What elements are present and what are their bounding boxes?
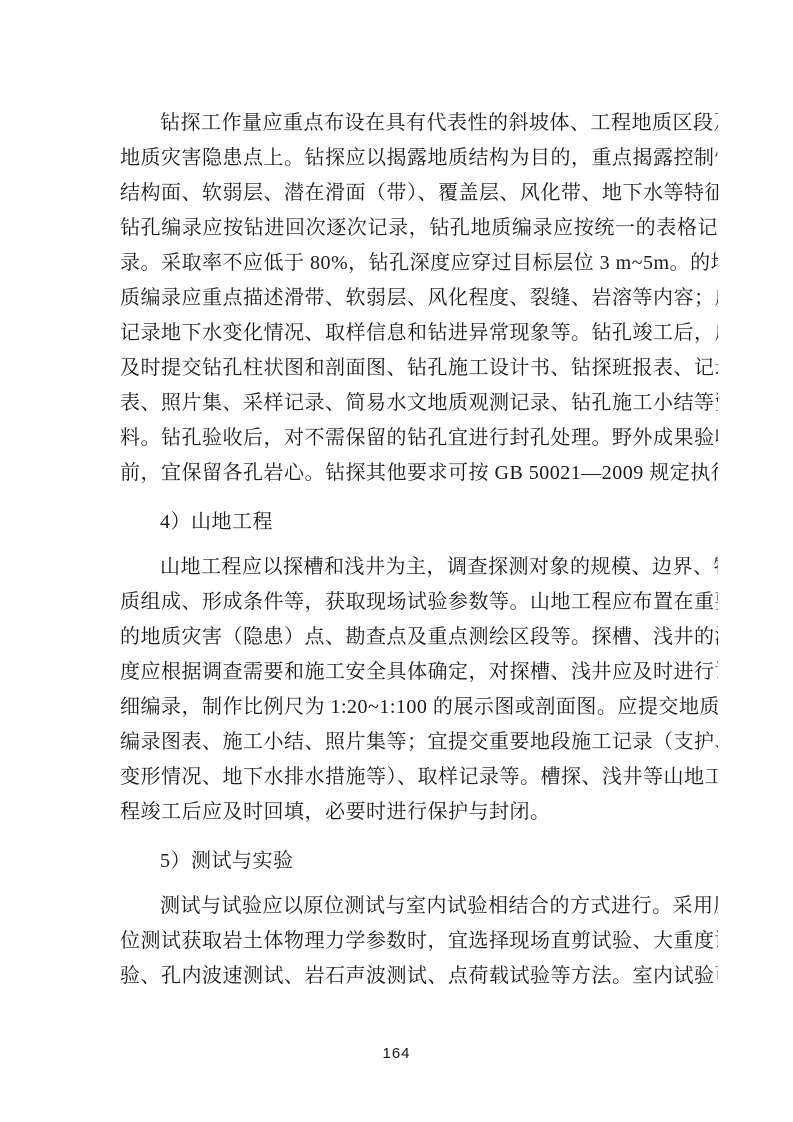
- text-line: 钻探工作量应重点布设在具有代表性的斜坡体、工程地质区段及: [120, 106, 718, 141]
- text-line: 钻孔编录应按钻进回次逐次记录，钻孔地质编录应按统一的表格记: [120, 211, 718, 246]
- text-line: 结构面、软弱层、潜在滑面（带）、覆盖层、风化带、地下水等特征。: [120, 176, 718, 211]
- text-line: 质组成、形成条件等，获取现场试验参数等。山地工程应布置在重要: [120, 585, 718, 620]
- page-number: 164: [0, 1045, 793, 1062]
- text-line: 质编录应重点描述滑带、软弱层、风化程度、裂缝、岩溶等内容；应: [120, 281, 718, 316]
- section-heading: 5）测试与实验: [120, 844, 718, 879]
- text-line: 录。采取率不应低于 80%，钻孔深度应穿过目标层位 3 m~5m。的地: [120, 246, 718, 281]
- paragraph: 山地工程应以探槽和浅井为主，调查探测对象的规模、边界、物质组成、形成条件等，获取…: [120, 550, 718, 830]
- text-line: 细编录，制作比例尺为 1:20~1:100 的展示图或剖面图。应提交地质: [120, 690, 718, 725]
- text-line: 的地质灾害（隐患）点、勘查点及重点测绘区段等。探槽、浅井的深: [120, 620, 718, 655]
- text-line: 变形情况、地下水排水措施等）、取样记录等。槽探、浅井等山地工: [120, 760, 718, 795]
- text-line: 及时提交钻孔柱状图和剖面图、钻孔施工设计书、钻探班报表、记录: [120, 351, 718, 386]
- text-line: 度应根据调查需要和施工安全具体确定，对探槽、浅井应及时进行详: [120, 655, 718, 690]
- text-line: 测试与试验应以原位测试与室内试验相结合的方式进行。采用原: [120, 889, 718, 924]
- text-line: 记录地下水变化情况、取样信息和钻进异常现象等。钻孔竣工后，应: [120, 316, 718, 351]
- text-line: 地质灾害隐患点上。钻探应以揭露地质结构为目的，重点揭露控制性: [120, 141, 718, 176]
- text-line: 验、孔内波速测试、岩石声波测试、点荷载试验等方法。室内试验可: [120, 959, 718, 994]
- paragraph: 测试与试验应以原位测试与室内试验相结合的方式进行。采用原位测试获取岩土体物理力学…: [120, 889, 718, 994]
- section-heading: 4）山地工程: [120, 505, 718, 540]
- paragraph: 钻探工作量应重点布设在具有代表性的斜坡体、工程地质区段及地质灾害隐患点上。钻探应…: [120, 106, 718, 491]
- document-body: 钻探工作量应重点布设在具有代表性的斜坡体、工程地质区段及地质灾害隐患点上。钻探应…: [120, 106, 718, 994]
- text-line: 编录图表、施工小结、照片集等；宜提交重要地段施工记录（支护、: [120, 725, 718, 760]
- text-line: 表、照片集、采样记录、简易水文地质观测记录、钻孔施工小结等资: [120, 386, 718, 421]
- text-line: 料。钻孔验收后，对不需保留的钻孔宜进行封孔处理。野外成果验收: [120, 421, 718, 456]
- text-line: 位测试获取岩土体物理力学参数时，宜选择现场直剪试验、大重度试: [120, 924, 718, 959]
- text-line: 前，宜保留各孔岩心。钻探其他要求可按 GB 50021—2009 规定执行。: [120, 456, 718, 491]
- text-line: 程竣工后应及时回填，必要时进行保护与封闭。: [120, 795, 718, 830]
- text-line: 山地工程应以探槽和浅井为主，调查探测对象的规模、边界、物: [120, 550, 718, 585]
- document-page: 钻探工作量应重点布设在具有代表性的斜坡体、工程地质区段及地质灾害隐患点上。钻探应…: [0, 0, 793, 1122]
